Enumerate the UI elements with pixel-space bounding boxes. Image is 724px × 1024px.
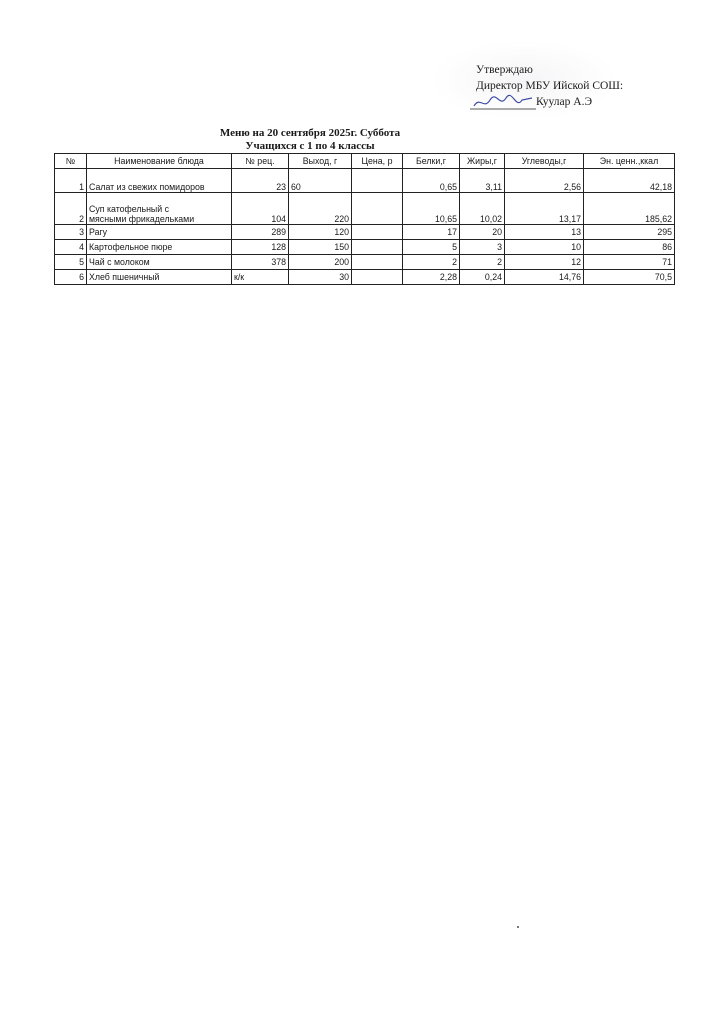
cell-recipe: к/к: [232, 270, 289, 285]
cell-name: Хлеб пшеничный: [87, 270, 232, 285]
cell-energy: 86: [584, 240, 675, 255]
cell-protein: 17: [403, 225, 460, 240]
column-header: Эн. ценн.,ккал: [584, 154, 675, 169]
cell-yield: 200: [289, 255, 352, 270]
cell-recipe: 289: [232, 225, 289, 240]
column-header: Углеводы,г: [505, 154, 584, 169]
cell-carbs: 14,76: [505, 270, 584, 285]
cell-recipe: 104: [232, 193, 289, 225]
cell-no: 5: [55, 255, 87, 270]
approval-signature-row: Куулар А.Э: [476, 94, 623, 110]
cell-name: Чай с молоком: [87, 255, 232, 270]
column-header: № рец.: [232, 154, 289, 169]
table-row: 5 Чай с молоком 378 200 2 2 12 71: [55, 255, 675, 270]
cell-protein: 0,65: [403, 169, 460, 193]
cell-name: Суп катофельный с мясными фрикадельками: [87, 193, 232, 225]
cell-fat: 2: [460, 255, 505, 270]
scan-speck: [517, 926, 519, 928]
cell-price: [352, 225, 403, 240]
menu-subtitle: Учащихся с 1 по 4 классы: [10, 140, 610, 152]
approval-label: Утверждаю: [476, 62, 623, 78]
cell-carbs: 10: [505, 240, 584, 255]
cell-energy: 42,18: [584, 169, 675, 193]
column-header: №: [55, 154, 87, 169]
cell-price: [352, 169, 403, 193]
signature-icon: [476, 98, 534, 110]
table-row: 6 Хлеб пшеничный к/к 30 2,28 0,24 14,76 …: [55, 270, 675, 285]
cell-protein: 2,28: [403, 270, 460, 285]
cell-yield: 150: [289, 240, 352, 255]
cell-no: 2: [55, 193, 87, 225]
cell-yield: 220: [289, 193, 352, 225]
cell-recipe: 378: [232, 255, 289, 270]
table-row: 3 Рагу 289 120 17 20 13 295: [55, 225, 675, 240]
menu-table: № Наименование блюда № рец. Выход, г Цен…: [54, 153, 675, 285]
cell-carbs: 12: [505, 255, 584, 270]
approval-block: Утверждаю Директор МБУ Ийской СОШ: Куула…: [476, 62, 623, 110]
cell-yield: 60: [289, 169, 352, 193]
cell-name-line: мясными фрикадельками: [89, 214, 229, 224]
cell-fat: 3: [460, 240, 505, 255]
cell-energy: 71: [584, 255, 675, 270]
cell-price: [352, 270, 403, 285]
table-row: 2 Суп катофельный с мясными фрикаделькам…: [55, 193, 675, 225]
cell-price: [352, 193, 403, 225]
cell-name: Рагу: [87, 225, 232, 240]
cell-no: 4: [55, 240, 87, 255]
column-header: Цена, р: [352, 154, 403, 169]
cell-fat: 10,02: [460, 193, 505, 225]
column-header: Наименование блюда: [87, 154, 232, 169]
cell-recipe: 128: [232, 240, 289, 255]
cell-fat: 0,24: [460, 270, 505, 285]
column-header: Выход, г: [289, 154, 352, 169]
column-header: Жиры,г: [460, 154, 505, 169]
cell-name: Салат из свежих помидоров: [87, 169, 232, 193]
cell-fat: 20: [460, 225, 505, 240]
cell-name: Картофельное пюре: [87, 240, 232, 255]
cell-price: [352, 255, 403, 270]
cell-name-line: Суп катофельный с: [89, 204, 229, 214]
table-header-row: № Наименование блюда № рец. Выход, г Цен…: [55, 154, 675, 169]
cell-carbs: 2,56: [505, 169, 584, 193]
cell-carbs: 13,17: [505, 193, 584, 225]
cell-protein: 5: [403, 240, 460, 255]
cell-recipe: 23: [232, 169, 289, 193]
cell-protein: 2: [403, 255, 460, 270]
cell-price: [352, 240, 403, 255]
cell-yield: 30: [289, 270, 352, 285]
table-row: 1 Салат из свежих помидоров 23 60 0,65 3…: [55, 169, 675, 193]
cell-yield: 120: [289, 225, 352, 240]
cell-no: 6: [55, 270, 87, 285]
cell-no: 1: [55, 169, 87, 193]
cell-carbs: 13: [505, 225, 584, 240]
column-header: Белки,г: [403, 154, 460, 169]
cell-protein: 10,65: [403, 193, 460, 225]
cell-fat: 3,11: [460, 169, 505, 193]
table-row: 4 Картофельное пюре 128 150 5 3 10 86: [55, 240, 675, 255]
approval-signatory: Куулар А.Э: [536, 96, 592, 108]
cell-no: 3: [55, 225, 87, 240]
menu-title: Меню на 20 сентября 2025г. Суббота: [10, 127, 610, 139]
cell-energy: 185,62: [584, 193, 675, 225]
cell-energy: 295: [584, 225, 675, 240]
cell-energy: 70,5: [584, 270, 675, 285]
